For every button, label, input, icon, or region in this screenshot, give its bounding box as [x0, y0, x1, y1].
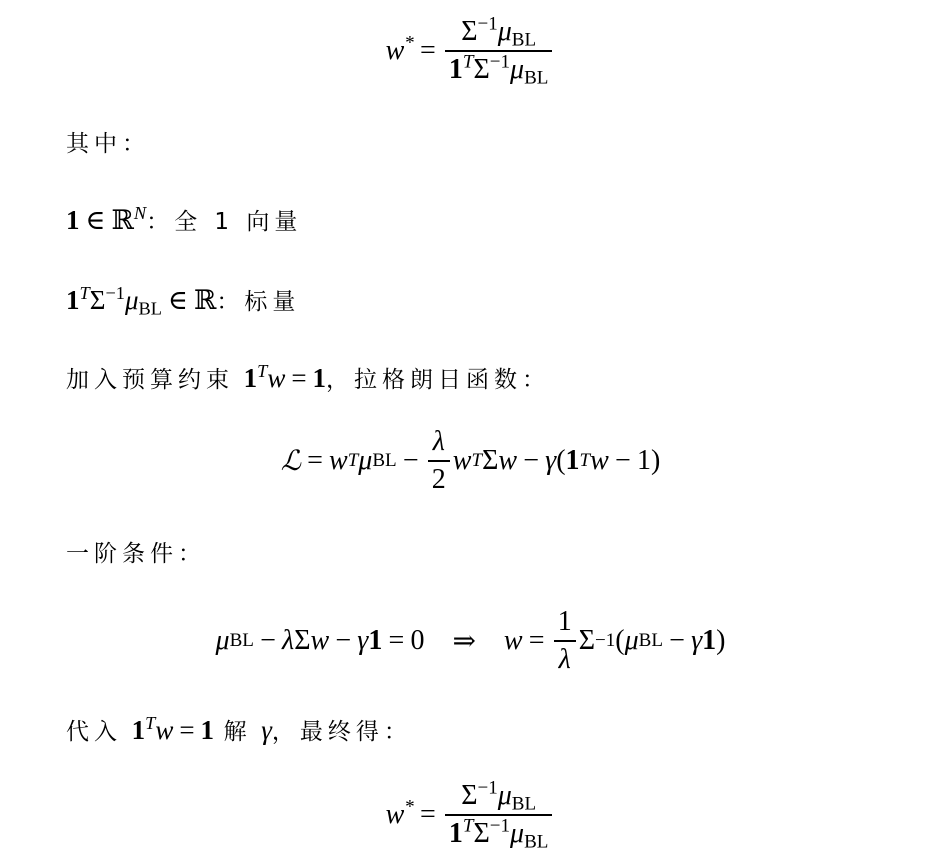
definition-ones-vector: 1∈ℝN：全 1 向量: [66, 204, 302, 238]
formula-lagrangian: ℒ = wTμBL − λ2 wTΣw − γ(1Tw − 1): [0, 424, 941, 498]
denominator: 1TΣ−1μBL: [445, 52, 553, 88]
numerator: Σ−1μBL: [445, 14, 553, 52]
substitute-line: 代入 1Tw=1 解 γ，最终得：: [66, 714, 412, 748]
formula-first-order-condition: μBL − λΣw − γ1 = 0 ⇒ w = 1λ Σ−1(μBL − γ1…: [0, 604, 941, 678]
budget-constraint-line: 加入预算约束 1Tw=1，拉格朗日函数：: [66, 362, 550, 396]
fraction-1-over-lambda: 1λ: [554, 604, 576, 678]
fraction-lambda-over-2: λ2: [428, 424, 450, 498]
first-order-label: 一阶条件：: [66, 538, 206, 570]
equals-sign: =: [420, 35, 436, 67]
implies-arrow: ⇒: [452, 624, 475, 658]
formula-optimal-weights-top: w* = Σ−1μBL 1TΣ−1μBL: [0, 14, 941, 88]
formula-optimal-weights-bottom: w* = Σ−1μBL 1TΣ−1μBL: [0, 778, 941, 852]
fraction: Σ−1μBL 1TΣ−1μBL: [445, 14, 553, 88]
fraction: Σ−1μBL 1TΣ−1μBL: [445, 778, 553, 852]
where-label: 其中：: [66, 128, 150, 160]
w-star: w*: [386, 35, 414, 67]
definition-scalar: 1TΣ−1μBL∈ℝ：标量: [66, 284, 300, 318]
